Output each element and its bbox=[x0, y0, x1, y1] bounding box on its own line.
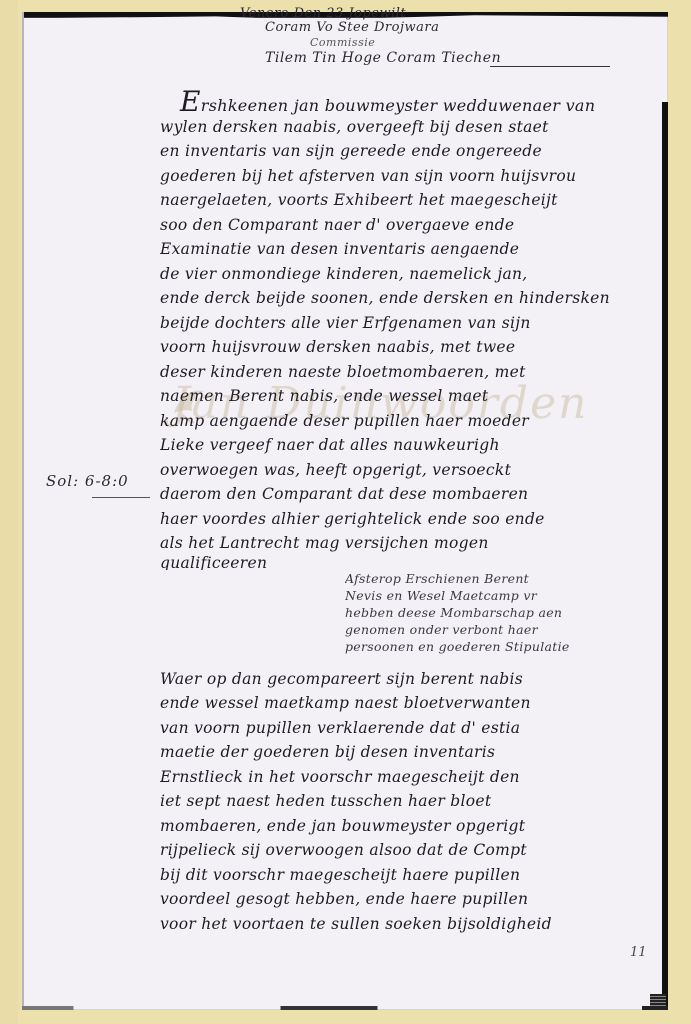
text-line: beijde dochters alle vier Erfgenamen van… bbox=[160, 311, 642, 336]
inset-line: genomen onder verbont haer bbox=[345, 621, 642, 638]
text-line: Ernstlieck in het voorschr maegescheijt … bbox=[160, 765, 642, 790]
margin-note-underline bbox=[92, 497, 150, 498]
text-line: voorn huijsvrouw dersken naabis, met twe… bbox=[160, 335, 642, 360]
text-line: ende derck beijde soonen, ende dersken e… bbox=[160, 286, 642, 311]
text-line: van voorn pupillen verklaerende dat d' e… bbox=[160, 716, 642, 741]
margin-note-fee: Sol: 6-8:0 bbox=[46, 472, 129, 490]
inset-note-guardianship: Afsterop Erschienen Berent Nevis en Wese… bbox=[345, 570, 642, 655]
page-number: 11 bbox=[630, 945, 647, 960]
text-line: mombaeren, ende jan bouwmeyster opgerigt bbox=[160, 814, 642, 839]
corner-tear-mark bbox=[650, 994, 666, 1008]
text-line: rijpelieck sij overwoogen alsoo dat de C… bbox=[160, 838, 642, 863]
inset-line: hebben deese Mombarschap aen bbox=[345, 604, 642, 621]
text-line: bij dit voorschr maegescheijt haere pupi… bbox=[160, 863, 642, 888]
text-line: de vier onmondiege kinderen, naemelick j… bbox=[160, 262, 642, 287]
text-line: qualificeeren bbox=[160, 556, 642, 570]
text-line: en inventaris van sijn gereede ende onge… bbox=[160, 139, 642, 164]
header-underline bbox=[490, 66, 610, 67]
header-line-date: Venero Den 23 Jopewilt bbox=[240, 6, 406, 21]
header-line-commission: Commissie bbox=[310, 36, 375, 49]
text-line: Waer op dan gecompareert sijn berent nab… bbox=[160, 667, 642, 692]
text-line: iet sept naest heden tusschen haer bloet bbox=[160, 789, 642, 814]
page-right-shadow bbox=[662, 102, 668, 1010]
manuscript-body: Ershkeenen jan bouwmeyster wedduwenaer v… bbox=[160, 90, 642, 936]
text-line: wylen dersken naabis, overgeeft bij dese… bbox=[160, 115, 642, 140]
text-line: naemen Berent nabis, ende wessel maet bbox=[160, 384, 642, 409]
text-line: voordeel gesogt hebben, ende haere pupil… bbox=[160, 887, 642, 912]
text-line: haer voordes alhier gerightelick ende so… bbox=[160, 507, 642, 532]
text-line: ende wessel maetkamp naest bloetverwante… bbox=[160, 691, 642, 716]
text-line: voor het voortaen te sullen soeken bijso… bbox=[160, 912, 642, 937]
inset-line: persoonen en goederen Stipulatie bbox=[345, 638, 642, 655]
inset-line: Nevis en Wesel Maetcamp vr bbox=[345, 587, 642, 604]
text-line: naergelaeten, voorts Exhibeert het maege… bbox=[160, 188, 642, 213]
header-line-names: Tilem Tin Hoge Coram Tiechen bbox=[265, 50, 501, 66]
text-line: Examinatie van desen inventaris aengaend… bbox=[160, 237, 642, 262]
page-left-edge bbox=[22, 12, 24, 1010]
text-line: maetie der goederen bij desen inventaris bbox=[160, 740, 642, 765]
paragraph-gap bbox=[160, 655, 642, 667]
text-line: Ershkeenen jan bouwmeyster wedduwenaer v… bbox=[160, 90, 642, 115]
header-line-coram: Coram Vo Stee Drojwara bbox=[265, 20, 439, 35]
text-line: als het Lantrecht mag versijchen mogen bbox=[160, 531, 642, 556]
text-line: soo den Comparant naer d' overgaeve ende bbox=[160, 213, 642, 238]
text-line: goederen bij het afsterven van sijn voor… bbox=[160, 164, 642, 189]
paragraph-inventory: Ershkeenen jan bouwmeyster wedduwenaer v… bbox=[160, 90, 642, 570]
text-line: daerom den Comparant dat dese mombaeren bbox=[160, 482, 642, 507]
page-bottom-edge bbox=[22, 1006, 668, 1010]
text-line: Lieke vergeef naer dat alles nauwkeurigh bbox=[160, 433, 642, 458]
inset-line: Afsterop Erschienen Berent bbox=[345, 570, 642, 587]
paragraph-appearance: Waer op dan gecompareert sijn berent nab… bbox=[160, 667, 642, 937]
frame-margin-strip bbox=[0, 0, 18, 1024]
text-line: overwoegen was, heeft opgerigt, versoeck… bbox=[160, 458, 642, 483]
text-line: kamp aengaende deser pupillen haer moede… bbox=[160, 409, 642, 434]
text-line: deser kinderen naeste bloetmombaeren, me… bbox=[160, 360, 642, 385]
